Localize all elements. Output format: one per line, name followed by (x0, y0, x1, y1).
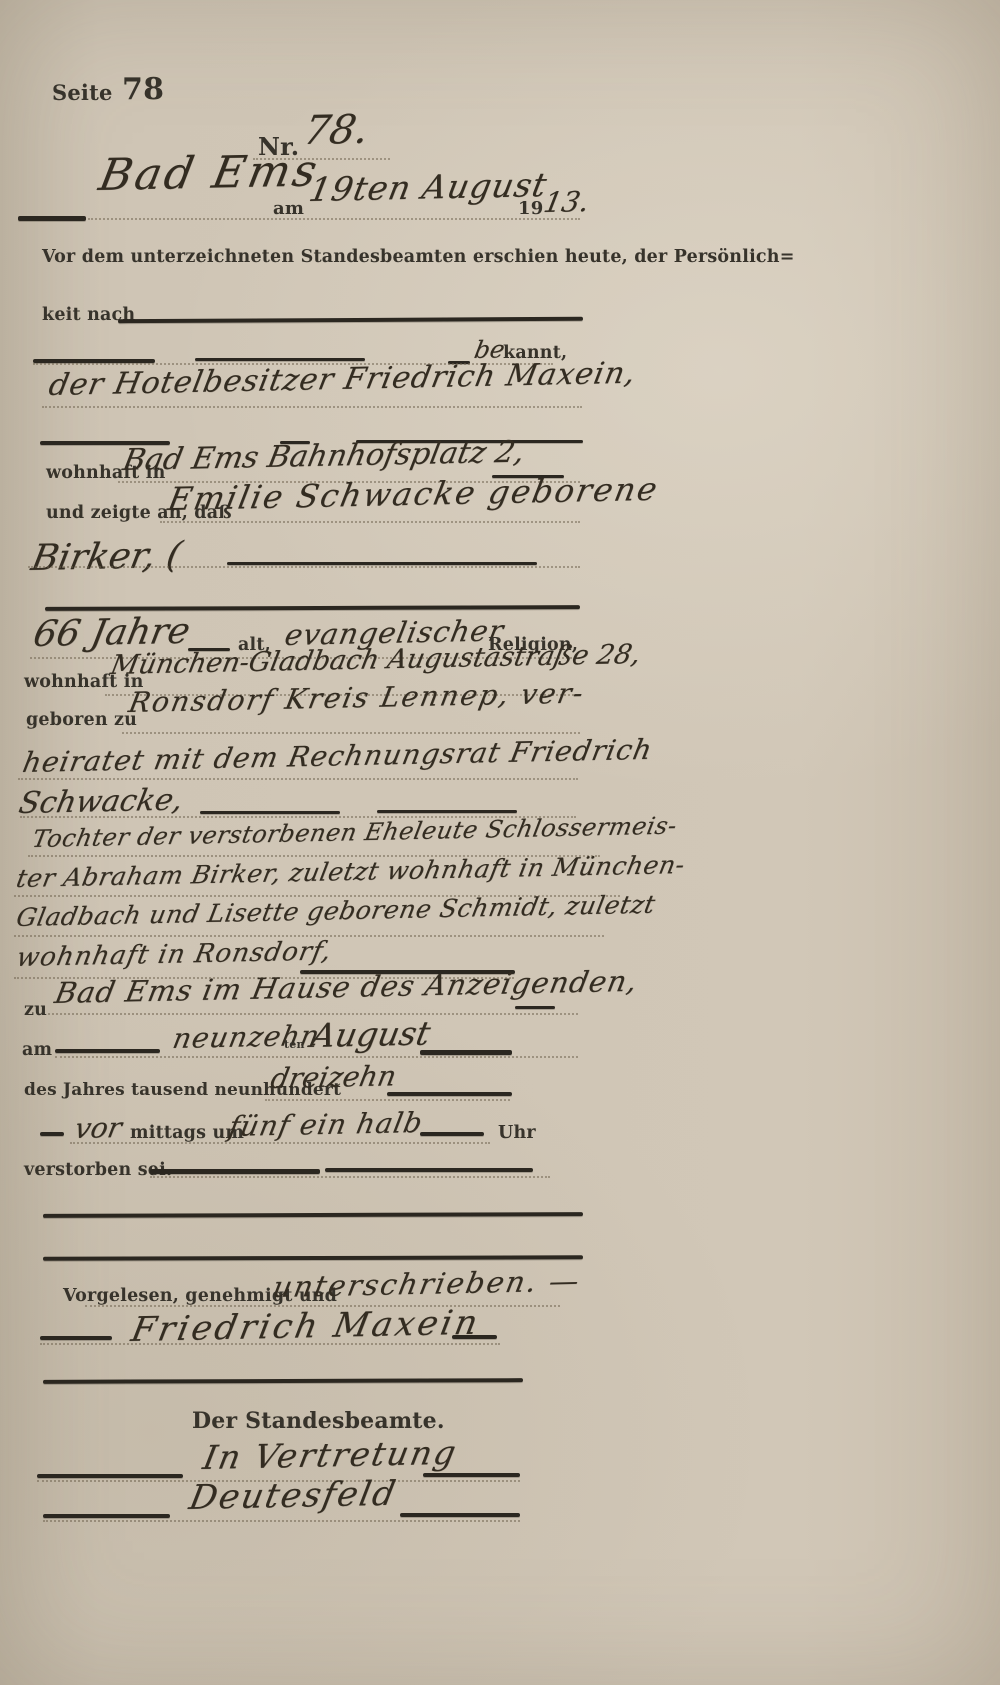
death-record-page: Seite 78 Nr. 78. Bad Ems am 19ten August… (0, 0, 1000, 1685)
strike-line (325, 1168, 533, 1172)
married-line1: heiratet mit dem Rechnungsrat Friedrich (20, 733, 656, 779)
page-label: Seite (52, 80, 113, 105)
strike-line (227, 562, 537, 565)
strike-line (515, 1006, 555, 1009)
death-time-prefix: vor (72, 1111, 125, 1145)
strike-line (200, 811, 340, 814)
strike-line (40, 1336, 112, 1340)
guide-line (88, 218, 580, 220)
strike-line (43, 1255, 583, 1260)
closing-script: unterschrieben. — (270, 1264, 584, 1304)
strike-line (18, 216, 86, 221)
guide-line (18, 778, 578, 780)
intro-line1: Vor dem unterzeichneten Standesbeamten e… (42, 247, 795, 267)
strike-line (37, 1474, 183, 1478)
dateline-year-script: 13. (541, 185, 592, 219)
page-number: 78 (122, 72, 164, 107)
deceased-surname: Birker, ( (28, 535, 185, 579)
strike-line (195, 358, 365, 361)
registrar-title: Der Standesbeamte. (192, 1408, 445, 1434)
death-place-value: Bad Ems im Hause des Anzeigenden, (52, 964, 641, 1010)
registrar-representation: In Vertretung (200, 1433, 461, 1477)
strike-line (55, 1049, 160, 1053)
strike-line (400, 1513, 520, 1517)
guide-line (43, 1520, 520, 1522)
death-time-unit: Uhr (498, 1123, 536, 1143)
guide-line (28, 566, 580, 568)
dateline-year-printed: 19 (518, 198, 543, 219)
death-time-value: fünf ein halb (226, 1106, 426, 1143)
strike-line (118, 317, 583, 323)
dateline-am-label: am (273, 198, 304, 219)
strike-line (420, 1050, 512, 1055)
guide-line (55, 1056, 578, 1058)
strike-line (40, 1132, 64, 1136)
guide-line (265, 1099, 510, 1101)
strike-line (43, 1212, 583, 1218)
strike-line (387, 1092, 512, 1096)
strike-line (43, 1378, 523, 1383)
dateline-place: Bad Ems (95, 145, 324, 201)
guide-line (48, 1013, 578, 1015)
guide-line (42, 406, 582, 408)
strike-line (43, 1514, 170, 1518)
guide-line (40, 1343, 500, 1345)
registrar-signature: Deutesfeld (186, 1474, 400, 1518)
born-label: geboren zu (26, 710, 137, 730)
strike-line (423, 1473, 520, 1477)
death-year-value: dreizehn (268, 1059, 399, 1095)
guide-line (150, 1176, 550, 1178)
declarant-residence-value: Bad Ems Bahnhofsplatz 2, (120, 435, 528, 478)
death-day-label: am (22, 1040, 52, 1060)
deceased-residence-value: München-Gladbach Augustastraße 28, (108, 639, 643, 681)
parents-line4: wohnhaft in Ronsdorf, (14, 936, 334, 973)
strike-line (420, 1132, 484, 1136)
guide-line (122, 732, 580, 734)
death-place-label: zu (24, 1000, 47, 1020)
strike-line (45, 605, 580, 611)
guide-line (70, 1142, 490, 1144)
deceased-given: Emilie Schwacke geborene (165, 470, 662, 518)
dateline-day-month: 19ten August (306, 165, 551, 209)
strike-line (377, 810, 517, 813)
guide-line (160, 521, 580, 523)
strike-line (150, 1169, 320, 1174)
death-month-value: August (308, 1014, 434, 1055)
death-day-suffix: ten (284, 1038, 305, 1051)
strike-line (452, 1335, 497, 1339)
born-value: Ronsdorf Kreis Lennep, ver- (126, 677, 588, 719)
